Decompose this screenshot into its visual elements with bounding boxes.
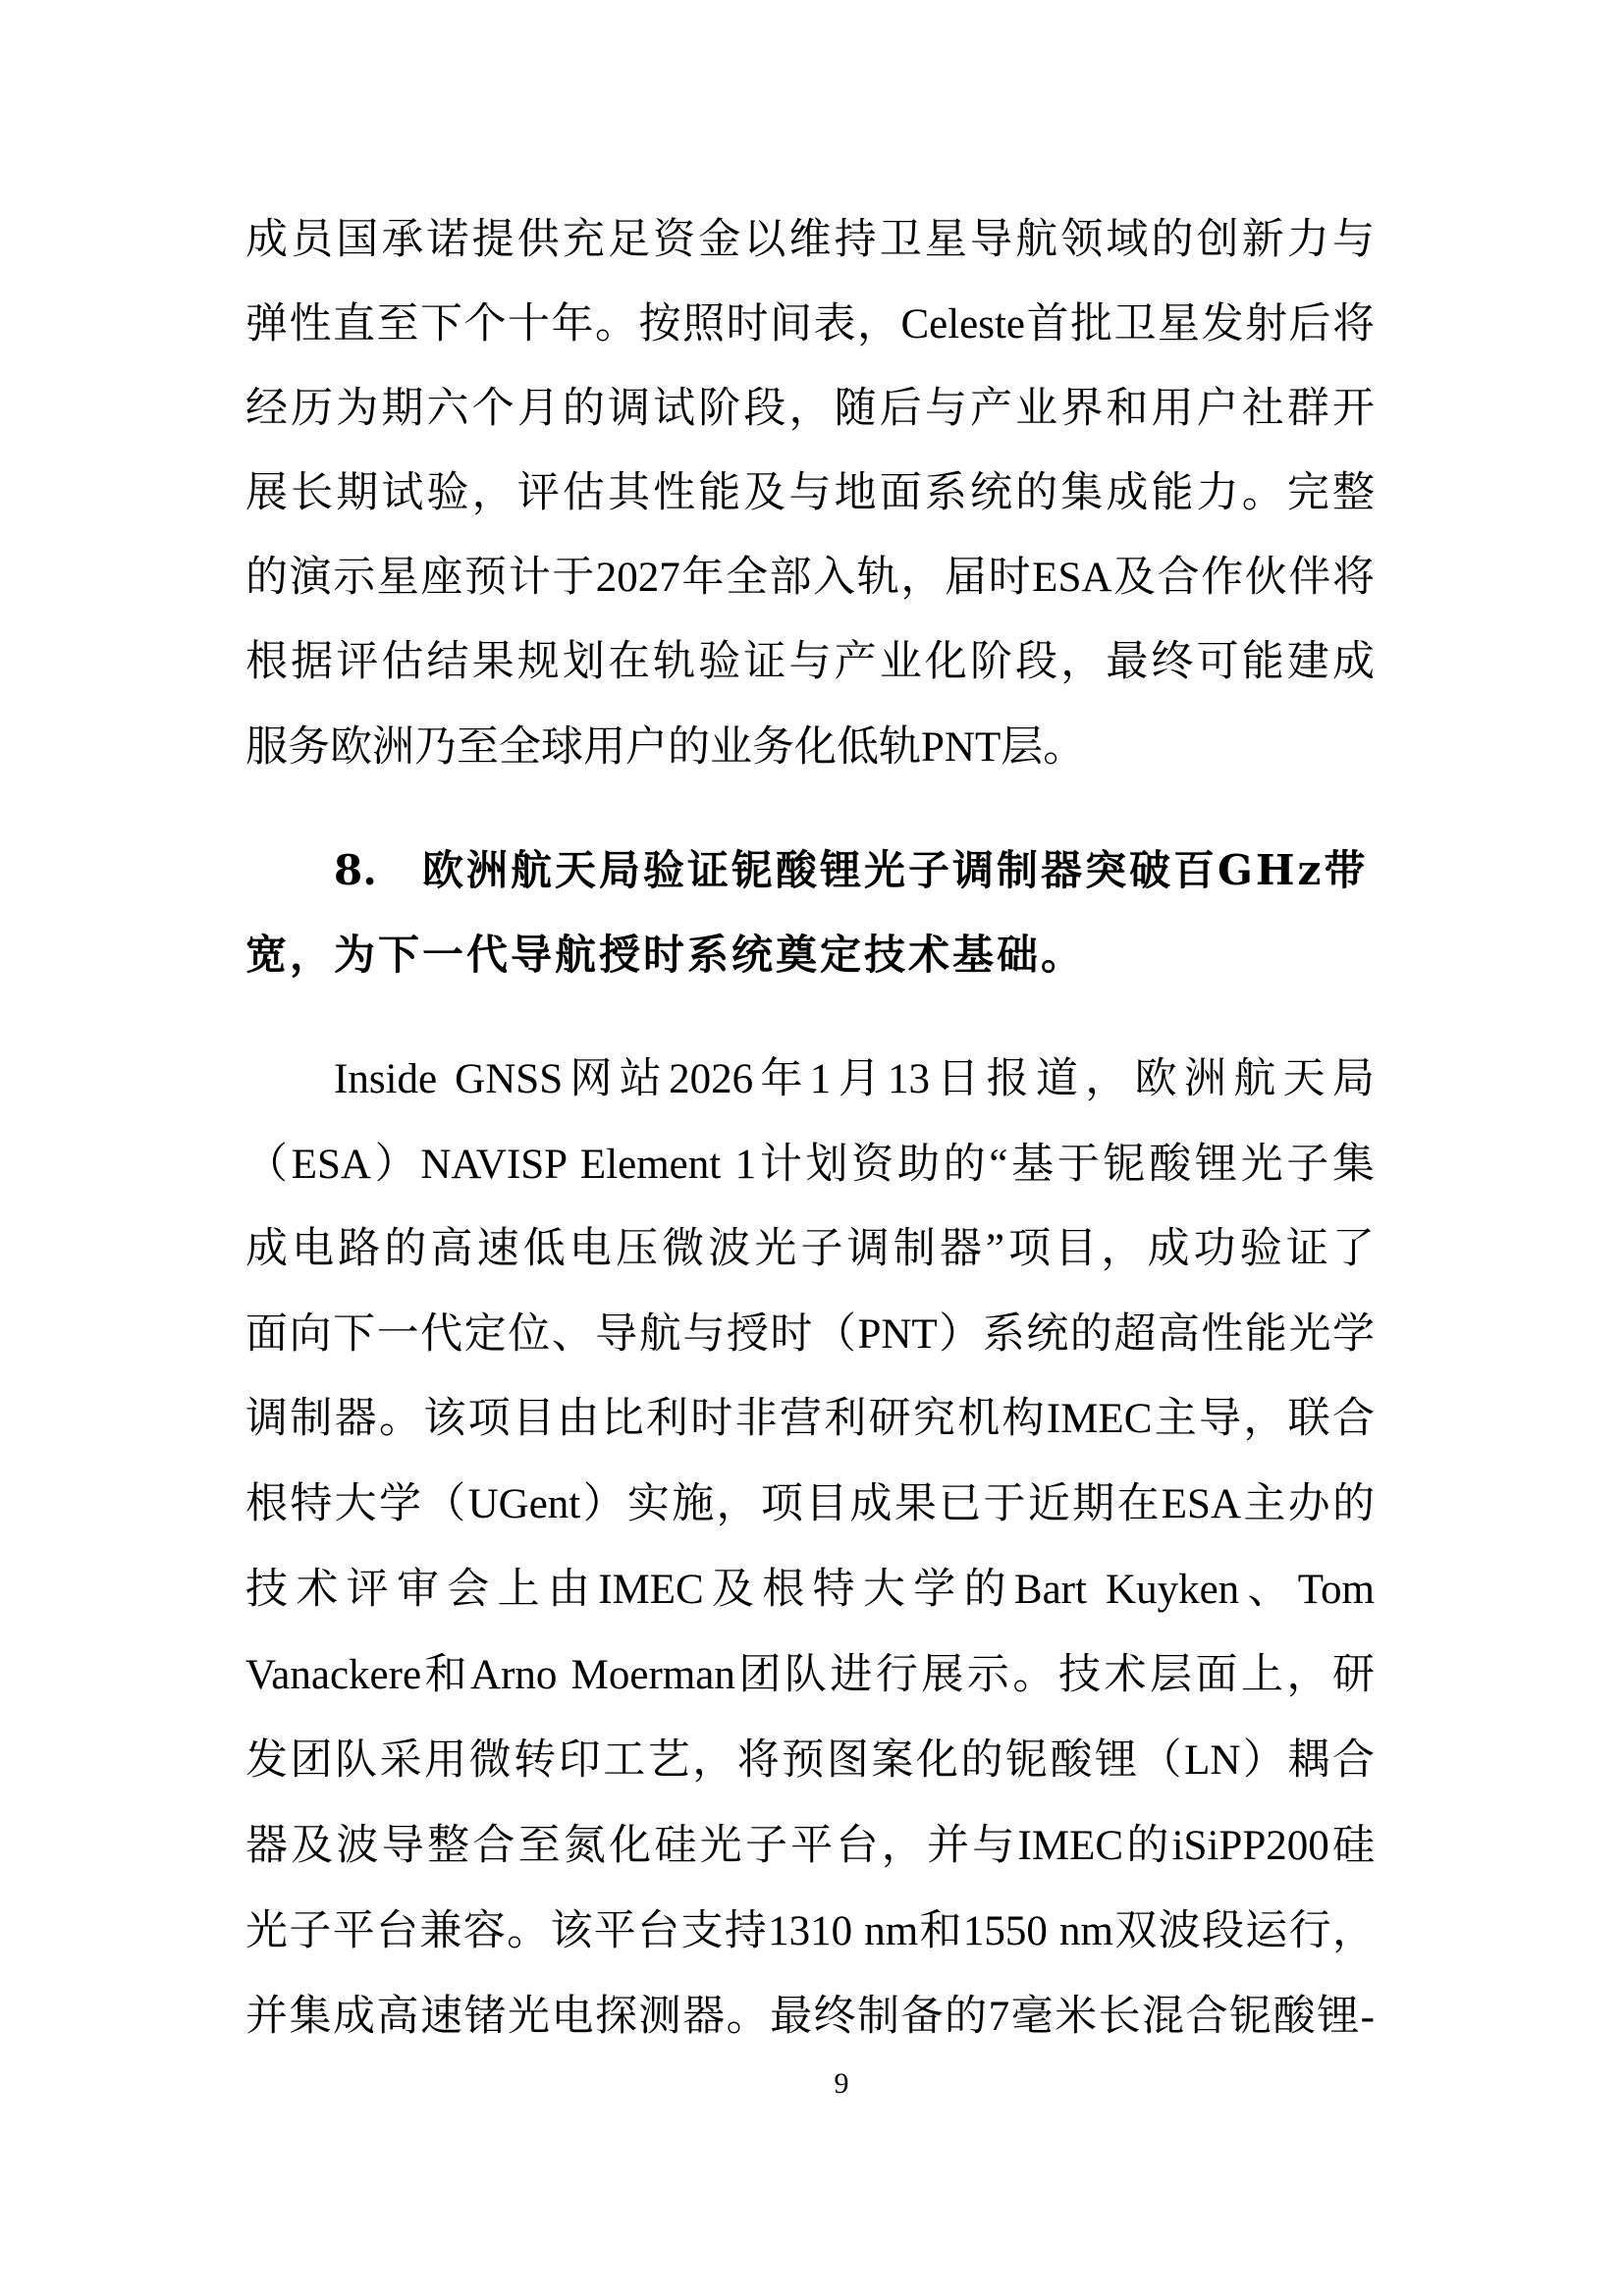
text-line: 弹性直至下个十年。按照时间表，Celeste首批卫星发射后将 [245, 299, 1375, 350]
document-page: 成员国承诺提供充足资金以维持卫星导航领域的创新力与 弹性直至下个十年。按照时间表… [0, 0, 1624, 2296]
heading-text: 欧洲航天局验证铌酸锂光子调制器突破百GHz带 [422, 846, 1368, 894]
heading-line-1: 8.欧洲航天局验证铌酸锂光子调制器突破百GHz带 [334, 845, 1375, 896]
text-line: 并集成高速锗光电探测器。最终制备的7毫米长混合铌酸锂- [245, 1992, 1375, 2043]
text-line: 服务欧洲乃至全球用户的业务化低轨PNT层。 [245, 722, 1085, 774]
text-line: 经历为期六个月的调试阶段，随后与产业界和用户社群开 [245, 384, 1375, 435]
heading-line-2: 宽，为下一代导航授时系统奠定技术基础。 [245, 930, 1085, 981]
page-number: 9 [0, 2066, 1624, 2102]
text-line: 调制器。该项目由比利时非营利研究机构IMEC主导，联合 [245, 1394, 1375, 1445]
text-line: 发团队采用微转印工艺，将预图案化的铌酸锂（LN）耦合 [245, 1735, 1375, 1787]
text-line: Vanackere和Arno Moerman团队进行展示。技术层面上，研 [245, 1650, 1375, 1701]
text-line: 技术评审会上由IMEC及根特大学的Bart Kuyken、Tom [245, 1565, 1375, 1616]
text-line: Inside GNSS网站2026年1月13日报道，欧洲航天局 [334, 1054, 1375, 1105]
text-line: 成员国承诺提供充足资金以维持卫星导航领域的创新力与 [245, 215, 1375, 266]
text-line: 成电路的高速低电压微波光子调制器”项目，成功验证了 [245, 1224, 1375, 1275]
text-line: 的演示星座预计于2027年全部入轨，届时ESA及合作伙伴将 [245, 553, 1375, 604]
text-line: （ESA）NAVISP Element 1计划资助的“基于铌酸锂光子集 [245, 1140, 1375, 1191]
text-line: 根据评估结果规划在轨验证与产业化阶段，最终可能建成 [245, 637, 1375, 688]
text-line: 根特大学（UGent）实施，项目成果已于近期在ESA主办的 [245, 1479, 1375, 1530]
text-line: 器及波导整合至氮化硅光子平台，并与IMEC的iSiPP200硅 [245, 1821, 1375, 1872]
text-line: 展长期试验，评估其性能及与地面系统的集成能力。完整 [245, 468, 1375, 519]
text-line: 光子平台兼容。该平台支持1310 nm和1550 nm双波段运行， [245, 1906, 1375, 1957]
text-line: 面向下一代定位、导航与授时（PNT）系统的超高性能光学 [245, 1309, 1375, 1361]
section-number: 8. [334, 845, 422, 896]
